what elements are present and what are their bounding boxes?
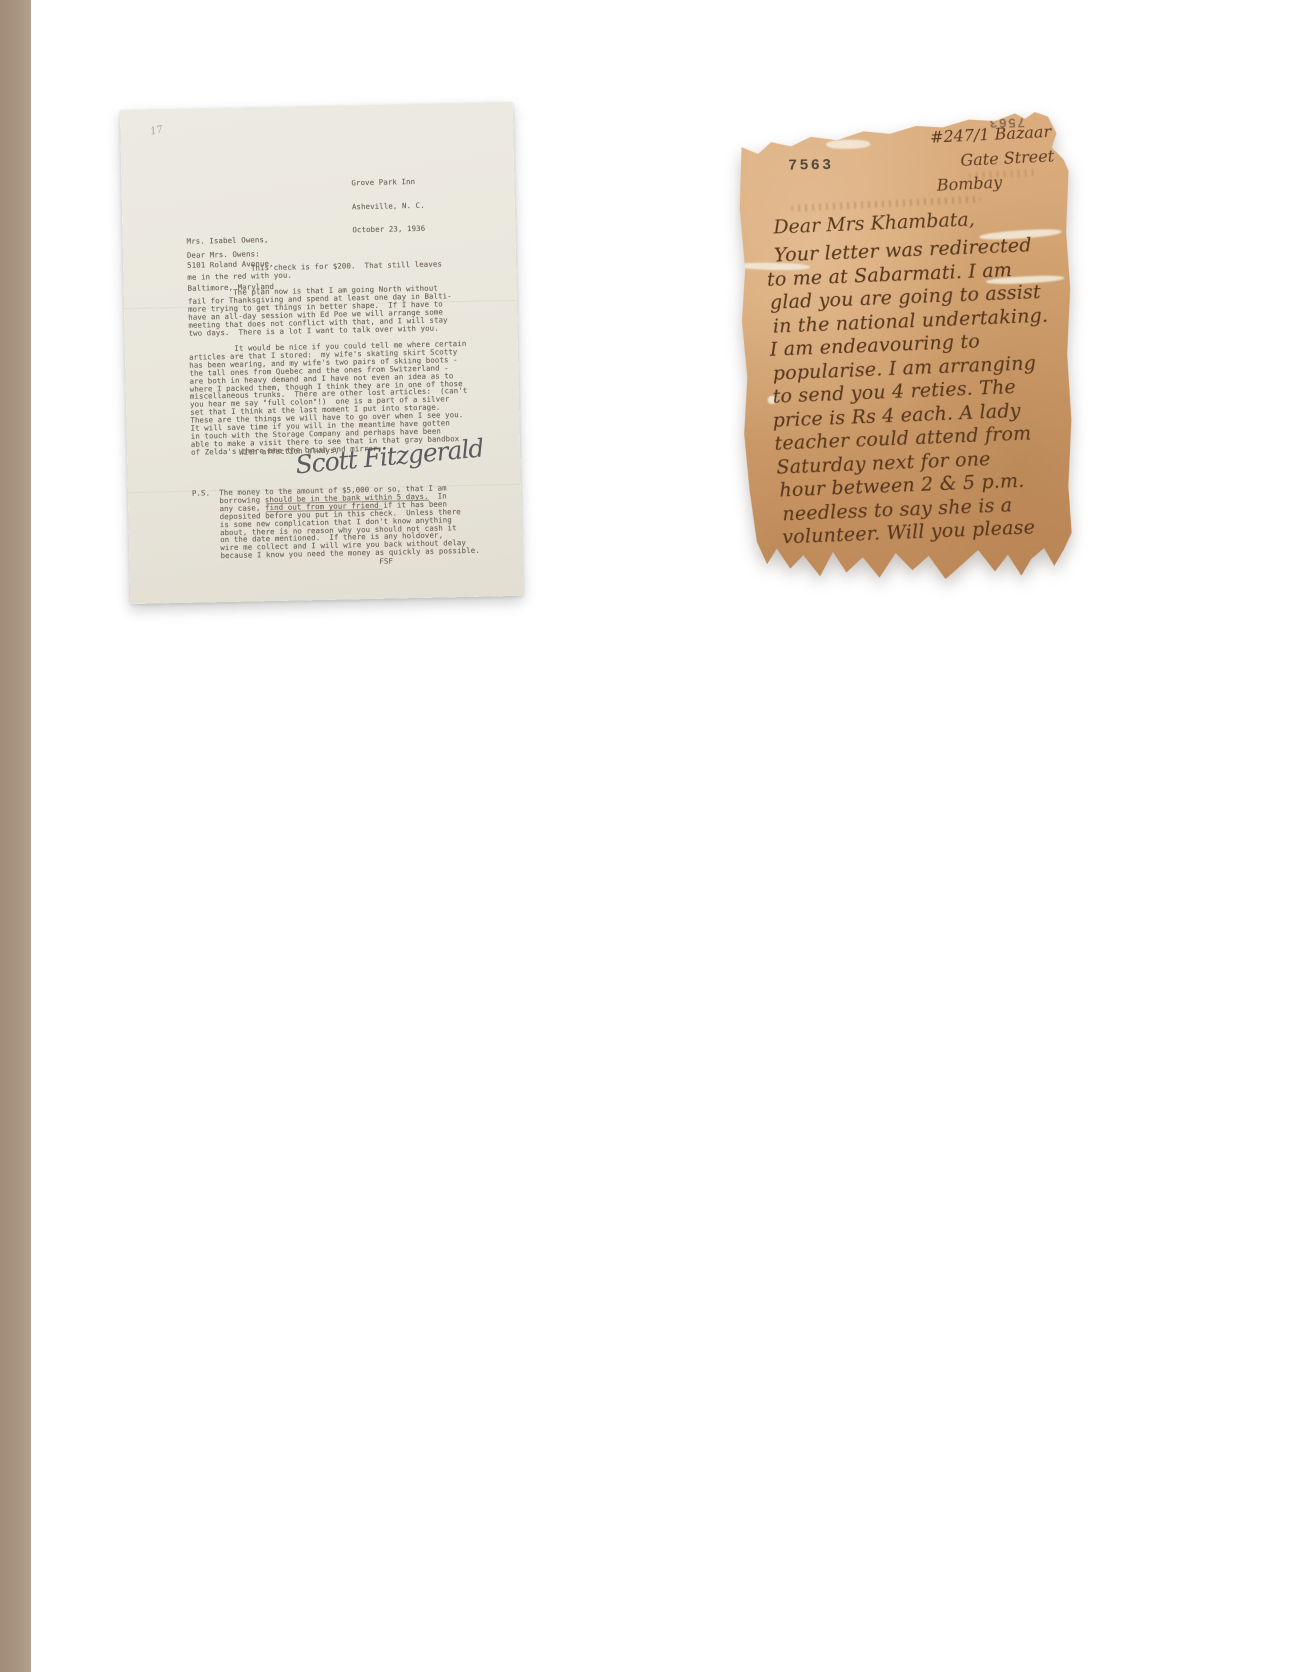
page-edge-bar — [0, 0, 31, 1672]
salutation: Dear Mrs. Owens: — [187, 250, 260, 259]
postscript: P.S. The money to the amount of $5,000 o… — [192, 484, 480, 561]
typed-letter-photo: 17 Grove Park Inn Asheville, N. C. Octob… — [120, 102, 523, 604]
letterhead-hotel: Grove Park Inn — [351, 178, 424, 187]
address-line-1: #247/1 Bazaar — [930, 122, 1052, 147]
hw-salutation: Dear Mrs Khambata, — [773, 208, 975, 238]
letter-paragraph-2: The plan now is that I am going North wi… — [188, 284, 453, 337]
pencil-catalog-note: CH 9033 — [765, 122, 818, 137]
ink-bleedthrough — [968, 169, 1038, 179]
typed-initials: FSF — [379, 558, 393, 566]
paper-damage-spot — [826, 139, 870, 149]
letterhead: Grove Park Inn Asheville, N. C. October … — [351, 162, 426, 250]
address-line-2: Gate Street — [960, 146, 1055, 170]
letter-paragraph-1: This check is for $200. That still leave… — [187, 260, 442, 281]
handwritten-letter-photo: CH 9033 7563 7563 #247/1 Bazaar Gate Str… — [738, 110, 1075, 585]
catalog-page: { "page": { "background_color": "#ffffff… — [0, 0, 1301, 1672]
letterhead-date: October 23, 1936 — [352, 225, 425, 234]
pencil-annotation: 17 — [149, 124, 164, 138]
hw-body: Your letter was redirected to me at Saba… — [766, 233, 1073, 550]
letterhead-city: Asheville, N. C. — [352, 201, 425, 210]
stamp-number: 7563 — [788, 156, 834, 174]
recipient-name: Mrs. Isabel Owens, — [187, 236, 274, 246]
torn-paper: CH 9033 7563 7563 #247/1 Bazaar Gate Str… — [738, 110, 1075, 585]
